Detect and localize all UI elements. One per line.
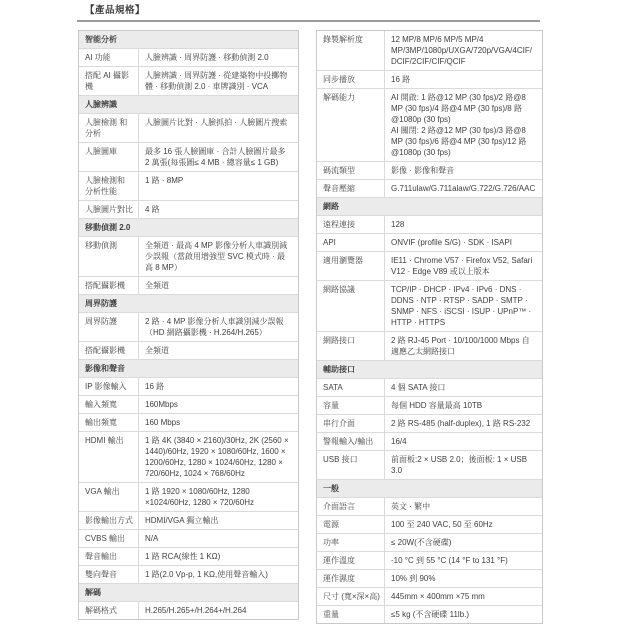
spec-row: 運作濕度10% 到 90% [317,569,542,587]
spec-value: 12 MP/8 MP/6 MP/5 MP/4 MP/3MP/1080p/UXGA… [385,31,542,70]
spec-row: VGA 輸出1 路 1920 × 1080/60Hz, 1280 ×1024/6… [79,482,298,511]
spec-row: 聲音壓縮G.711ulaw/G.711alaw/G.722/G.726/AAC [317,179,542,197]
spec-value: 最多 16 張人臉圖庫 · 合計人臉圖片最多 2 萬張(每張圖≤ 4 MB · … [139,143,298,171]
spec-row: 移動偵測全頻道 · 最高 4 MP 影像分析人車識別減少誤報（當啟用增強型 SV… [79,236,298,276]
spec-label: 運作溫度 [317,552,385,569]
spec-label: 周界防護 [79,313,139,341]
spec-label: USB 接口 [317,451,385,479]
spec-value: IE11 · Chrome V57 · Firefox V52, Safari … [385,252,542,280]
title-divider [77,20,540,22]
spec-label: 人臉圖庫 [79,143,139,171]
spec-row: 同步播放16 路 [317,70,542,88]
spec-row: 容量每個 HDD 容量最高 10TB [317,396,542,414]
spec-value: -10 °C 到 55 °C (14 °F to 131 °F) [385,552,542,569]
spec-row: 解碼能力AI 開啟: 1 路@12 MP (30 fps)/2 路@8 MP (… [317,88,542,161]
spec-section-header: 移動偵測 2.0 [79,218,298,236]
spec-value: 人臉圖片比對 · 人臉抓拍 · 人臉圖片搜索 [139,114,298,142]
spec-label: 聲音壓縮 [317,180,385,197]
spec-label: 搭配 AI 攝影機 [79,67,139,95]
spec-section-header: 周界防護 [79,294,298,312]
spec-label: 人臉圖片對比 [79,201,139,218]
spec-section-header: 智能分析 [79,31,298,48]
spec-value: TCP/IP · DHCP · IPv4 · IPv6 · DNS · DDNS… [385,281,542,331]
spec-row: SATA4 個 SATA 接口 [317,378,542,396]
spec-row: 錄製解析度12 MP/8 MP/6 MP/5 MP/4 MP/3MP/1080p… [317,31,542,70]
spec-value: 1 路 · 8MP [139,172,298,200]
spec-value: 1 路 RCA(線性 1 KΩ) [139,548,298,565]
spec-value: 16 路 [139,378,298,395]
spec-row: 功率≤ 20W(不含硬碟) [317,533,542,551]
spec-row: 搭配 AI 攝影機人臉辨識 · 周界防護 · 從建築物中投擲物體 · 移動偵測 … [79,66,298,95]
spec-label: 移動偵測 [79,237,139,276]
spec-row: USB 接口前面板:2 × USB 2.0；後面板: 1 × USB 3.0 [317,450,542,479]
spec-label: 解碼能力 [317,89,385,161]
spec-label: 碼流類型 [317,162,385,179]
spec-label: HDMI 輸出 [79,432,139,482]
spec-value: AI 開啟: 1 路@12 MP (30 fps)/2 路@8 MP (30 f… [385,89,542,161]
spec-value: 4 路 [139,201,298,218]
spec-value: 全頻道 [139,342,298,359]
spec-label: 警報輸入/輸出 [317,433,385,450]
spec-row: 尺寸 (寬×深×高)445mm × 400mm ×75 mm [317,587,542,605]
spec-row: HDMI 輸出1 路 4K (3840 × 2160)/30Hz, 2K (25… [79,431,298,482]
spec-value: 100 至 240 VAC, 50 至 60Hz [385,516,542,533]
spec-label: 容量 [317,397,385,414]
spec-row: AI 功能人臉辨識 · 周界防護 · 移動偵測 2.0 [79,48,298,66]
spec-value: 每個 HDD 容量最高 10TB [385,397,542,414]
spec-label: 網路接口 [317,332,385,360]
spec-row: 網路協議TCP/IP · DHCP · IPv4 · IPv6 · DNS · … [317,280,542,331]
spec-row: CVBS 輸出N/A [79,529,298,547]
spec-row: 人臉圖庫最多 16 張人臉圖庫 · 合計人臉圖片最多 2 萬張(每張圖≤ 4 M… [79,142,298,171]
spec-value: 1 路(2.0 Vp-p, 1 KΩ,使用聲音輸入) [139,566,298,583]
spec-row: 輸出頻寬160 Mbps [79,413,298,431]
spec-label: 搭配攝影機 [79,342,139,359]
spec-label: CVBS 輸出 [79,530,139,547]
page-title: 【產品規格】 [85,5,620,16]
spec-value: 160Mbps [139,396,298,413]
spec-row: 聲音輸出1 路 RCA(線性 1 KΩ) [79,547,298,565]
spec-value: HDMI/VGA 獨立輸出 [139,512,298,529]
spec-value: 全頻道 [139,277,298,294]
spec-label: 影像輸出方式 [79,512,139,529]
spec-value: 10% 到 90% [385,570,542,587]
spec-row: 人臉檢測和 分析性能1 路 · 8MP [79,171,298,200]
spec-value: 人臉辨識 · 周界防護 · 從建築物中投擲物體 · 移動偵測 2.0 · 車牌識… [139,67,298,95]
spec-row: 周界防護2 路 · 4 MP 影像分析人車識別減少誤報（HD 網路攝影機 · H… [79,312,298,341]
spec-row: 重量≤5 kg (不含硬碟 11lb.) [317,605,542,623]
spec-row: 搭配攝影機全頻道 [79,341,298,359]
spec-column-left: 智能分析AI 功能人臉辨識 · 周界防護 · 移動偵測 2.0搭配 AI 攝影機… [78,30,299,620]
spec-value: 1 路 1920 × 1080/60Hz, 1280 ×1024/60Hz, 1… [139,483,298,511]
spec-label: API [317,234,385,251]
spec-section-header: 解碼 [79,583,298,601]
spec-value: 2 路 · 4 MP 影像分析人車識別減少誤報（HD 網路攝影機 · H.264… [139,313,298,341]
spec-value: 160 Mbps [139,414,298,431]
spec-label: 輸入頻寬 [79,396,139,413]
spec-value: 2 路 RJ-45 Port · 10/100/1000 Mbps 自適應乙太網… [385,332,542,360]
spec-label: 輸出頻寬 [79,414,139,431]
spec-label: 聲音輸出 [79,548,139,565]
spec-label: SATA [317,379,385,396]
spec-row: 碼流類型影像 · 影像和聲音 [317,161,542,179]
spec-value: 前面板:2 × USB 2.0；後面板: 1 × USB 3.0 [385,451,542,479]
spec-row: 電源100 至 240 VAC, 50 至 60Hz [317,515,542,533]
spec-value: 128 [385,216,542,233]
spec-value: H.265/H.265+/H.264+/H.264 [139,602,298,619]
spec-section-header: 一般 [317,479,542,497]
spec-label: 電源 [317,516,385,533]
spec-section-header: 影像和聲音 [79,359,298,377]
spec-label: 同步播放 [317,71,385,88]
spec-label: 人臉檢測和 分析性能 [79,172,139,200]
spec-value: 16/4 [385,433,542,450]
spec-label: 網路協議 [317,281,385,331]
spec-value: 16 路 [385,71,542,88]
spec-row: IP 影像輸入16 路 [79,377,298,395]
spec-row: 遠程連接128 [317,215,542,233]
spec-row: 介面語言英文 · 繁中 [317,497,542,515]
spec-section-header: 輔助接口 [317,360,542,378]
spec-row: 網路接口2 路 RJ-45 Port · 10/100/1000 Mbps 自適… [317,331,542,360]
spec-label: AI 功能 [79,49,139,66]
spec-value: 4 個 SATA 接口 [385,379,542,396]
spec-label: 串行介面 [317,415,385,432]
spec-label: 重量 [317,606,385,623]
spec-value: 1 路 4K (3840 × 2160)/30Hz, 2K (2560 × 14… [139,432,298,482]
spec-value: 人臉辨識 · 周界防護 · 移動偵測 2.0 [139,49,298,66]
spec-label: 功率 [317,534,385,551]
spec-label: 適用瀏覽器 [317,252,385,280]
spec-value: 445mm × 400mm ×75 mm [385,588,542,605]
spec-value: 影像 · 影像和聲音 [385,162,542,179]
spec-row: 運作溫度-10 °C 到 55 °C (14 °F to 131 °F) [317,551,542,569]
spec-row: 搭配攝影機全頻道 [79,276,298,294]
spec-label: 解碼格式 [79,602,139,619]
spec-label: 尺寸 (寬×深×高) [317,588,385,605]
spec-value: ≤ 20W(不含硬碟) [385,534,542,551]
spec-column-right: 錄製解析度12 MP/8 MP/6 MP/5 MP/4 MP/3MP/1080p… [316,30,543,624]
spec-value: N/A [139,530,298,547]
spec-row: 串行介面2 路 RS-485 (half-duplex), 1 路 RS-232 [317,414,542,432]
spec-label: 人臉檢測 和分析 [79,114,139,142]
spec-value: ≤5 kg (不含硬碟 11lb.) [385,606,542,623]
spec-section-header: 網路 [317,197,542,215]
spec-value: 2 路 RS-485 (half-duplex), 1 路 RS-232 [385,415,542,432]
spec-label: 運作濕度 [317,570,385,587]
spec-columns: 智能分析AI 功能人臉辨識 · 周界防護 · 移動偵測 2.0搭配 AI 攝影機… [78,30,620,624]
spec-label: 錄製解析度 [317,31,385,70]
spec-row: 警報輸入/輸出16/4 [317,432,542,450]
spec-row: 雙向聲音1 路(2.0 Vp-p, 1 KΩ,使用聲音輸入) [79,565,298,583]
spec-label: 介面語言 [317,498,385,515]
spec-row: 解碼格式H.265/H.265+/H.264+/H.264 [79,601,298,619]
spec-label: IP 影像輸入 [79,378,139,395]
spec-label: 遠程連接 [317,216,385,233]
spec-row: 人臉圖片對比4 路 [79,200,298,218]
spec-value: G.711ulaw/G.711alaw/G.722/G.726/AAC [385,180,542,197]
spec-section-header: 人臉辨識 [79,95,298,113]
spec-row: 輸入頻寬160Mbps [79,395,298,413]
spec-value: 全頻道 · 最高 4 MP 影像分析人車識別減少誤報（當啟用增強型 SVC 模式… [139,237,298,276]
product-spec-sheet: 【產品規格】 智能分析AI 功能人臉辨識 · 周界防護 · 移動偵測 2.0搭配… [0,0,620,624]
spec-row: 人臉檢測 和分析人臉圖片比對 · 人臉抓拍 · 人臉圖片搜索 [79,113,298,142]
spec-row: 適用瀏覽器IE11 · Chrome V57 · Firefox V52, Sa… [317,251,542,280]
spec-value: ONVIF (profile S/G) · SDK · ISAPI [385,234,542,251]
spec-label: 雙向聲音 [79,566,139,583]
spec-row: APIONVIF (profile S/G) · SDK · ISAPI [317,233,542,251]
spec-label: VGA 輸出 [79,483,139,511]
spec-value: 英文 · 繁中 [385,498,542,515]
spec-label: 搭配攝影機 [79,277,139,294]
spec-row: 影像輸出方式HDMI/VGA 獨立輸出 [79,511,298,529]
